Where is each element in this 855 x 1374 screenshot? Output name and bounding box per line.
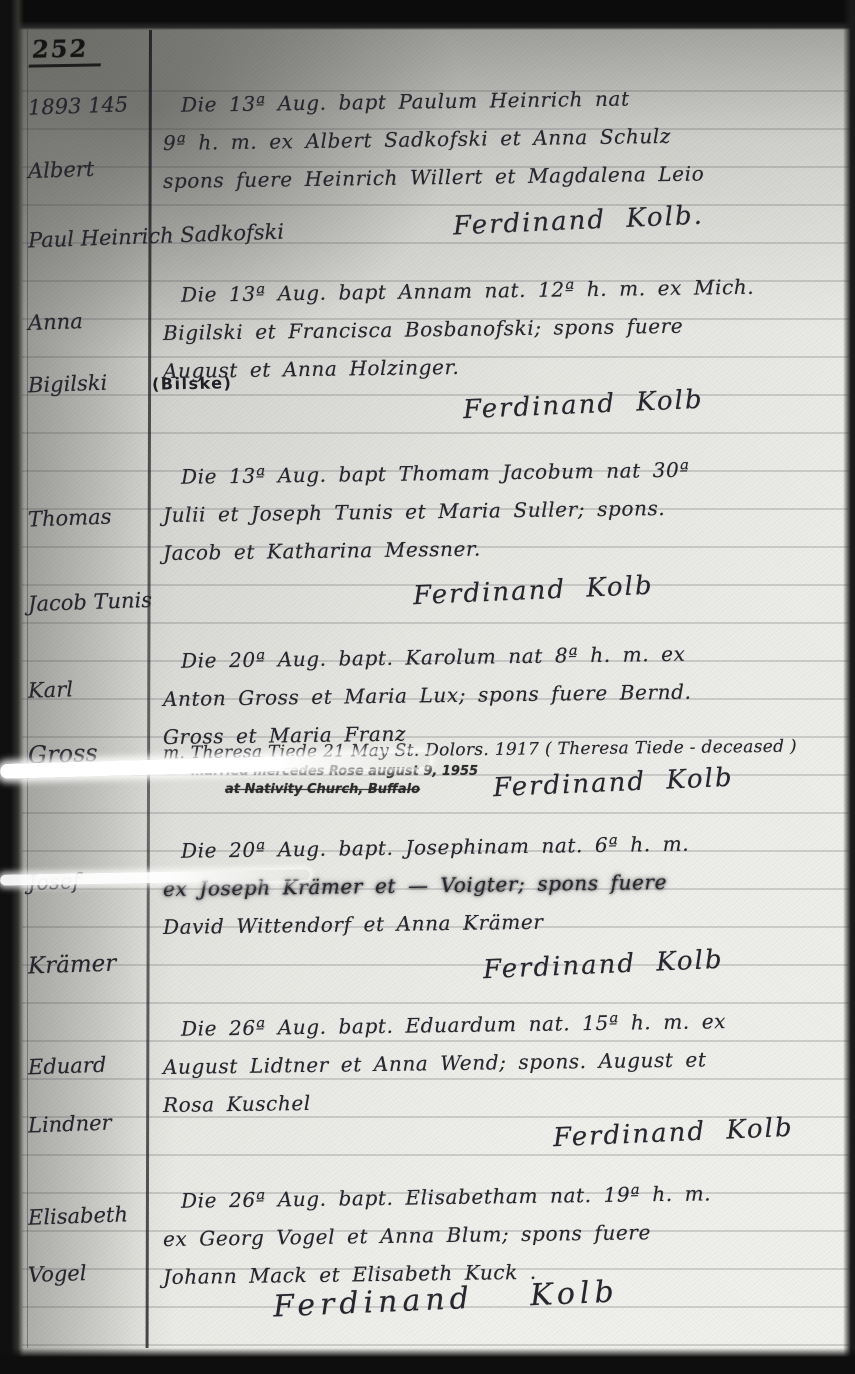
- margin-column: Elisabeth Vogel: [0, 1182, 150, 1348]
- margin-child-name: Karl: [28, 677, 74, 703]
- baptism-record-3: Thomas Jacob Tunis Die 13ª Aug. bapt Tho…: [0, 458, 855, 642]
- record-line: David Wittendorf et Anna Krämer: [163, 899, 843, 946]
- priest-signature: Ferdinand Kolb: [462, 385, 704, 425]
- record-body: Die 20ª Aug. bapt. Karolum nat 8ª h. m. …: [163, 642, 843, 832]
- margin-child-name: Eduard: [28, 1053, 107, 1080]
- record-body: Die 13ª Aug. bapt Paulum Heinrich nat 9ª…: [163, 86, 843, 278]
- margin-child-name: Anna: [28, 309, 84, 335]
- margin-family-name: Lindner: [28, 1111, 112, 1138]
- record-body: Die 26ª Aug. bapt. Eduardum nat. 15ª h. …: [163, 1010, 843, 1182]
- record-body: Die 13ª Aug. bapt Annam nat. 12ª h. m. e…: [163, 276, 843, 458]
- marriage-annotation-pencil-church: at Nativity Church, Buffalo: [225, 782, 420, 797]
- page-edge-bottom: [0, 1348, 855, 1374]
- baptism-record-4: Karl Gross Die 20ª Aug. bapt. Karolum na…: [0, 642, 855, 832]
- record-body: Die 20ª Aug. bapt. Josephinam nat. 6ª h.…: [163, 832, 843, 1010]
- margin-year: 1893 145: [28, 92, 129, 119]
- margin-column: Anna Bigilski: [0, 276, 150, 458]
- page-number: 252: [28, 33, 103, 67]
- baptism-record-6: Eduard Lindner Die 26ª Aug. bapt. Eduard…: [0, 1010, 855, 1182]
- scanned-register-page: 252 1893 145 Albert Paul Heinrich Sadkof…: [0, 0, 855, 1374]
- baptism-record-1: 1893 145 Albert Paul Heinrich Sadkofski …: [0, 86, 855, 278]
- margin-family-name: Jacob Tunis: [28, 588, 153, 616]
- priest-signature: Ferdinand Kolb.: [452, 201, 704, 242]
- margin-column: Eduard Lindner: [0, 1010, 150, 1182]
- record-line: spons fuere Heinrich Willert et Magdalen…: [163, 153, 843, 200]
- margin-column: 1893 145 Albert Paul Heinrich Sadkofski: [0, 86, 150, 278]
- record-body: Die 26ª Aug. bapt. Elisabetham nat. 19ª …: [163, 1182, 843, 1348]
- margin-column: Thomas Jacob Tunis: [0, 458, 150, 642]
- record-line: Jacob et Katharina Messner.: [163, 525, 843, 572]
- priest-signature: Ferdinand Kolb: [482, 945, 724, 985]
- priest-signature: Ferdinand Kolb: [492, 763, 734, 803]
- priest-signature: Ferdinand Kolb: [552, 1113, 794, 1153]
- page-edge-top: [0, 0, 855, 30]
- margin-family-name: Krämer: [28, 950, 117, 979]
- margin-child-name: Thomas: [28, 505, 112, 532]
- margin-family-name: Bigilski: [28, 371, 108, 398]
- baptism-record-2: Anna Bigilski (Bilske) Die 13ª Aug. bapt…: [0, 276, 855, 458]
- margin-child-name: Josef: [28, 869, 81, 895]
- baptism-record-7: Elisabeth Vogel Die 26ª Aug. bapt. Elisa…: [0, 1182, 855, 1348]
- margin-child-name: Elisabeth: [28, 1202, 129, 1229]
- record-body: Die 13ª Aug. bapt Thomam Jacobum nat 30ª…: [163, 458, 843, 642]
- margin-family-name: Vogel: [28, 1261, 87, 1287]
- priest-signature: Ferdinand Kolb: [412, 571, 654, 611]
- record-line: August et Anna Holzinger.: [163, 343, 843, 390]
- margin-family-name: Gross: [28, 739, 99, 769]
- marriage-annotation-pencil: married mercedes Rose august 9, 1955: [191, 764, 478, 779]
- margin-column: Karl Gross: [0, 642, 150, 832]
- baptism-record-5: Josef Krämer Die 20ª Aug. bapt. Josephin…: [0, 832, 855, 1010]
- margin-column: Josef Krämer: [0, 832, 150, 1010]
- margin-child-name: Albert: [28, 157, 95, 183]
